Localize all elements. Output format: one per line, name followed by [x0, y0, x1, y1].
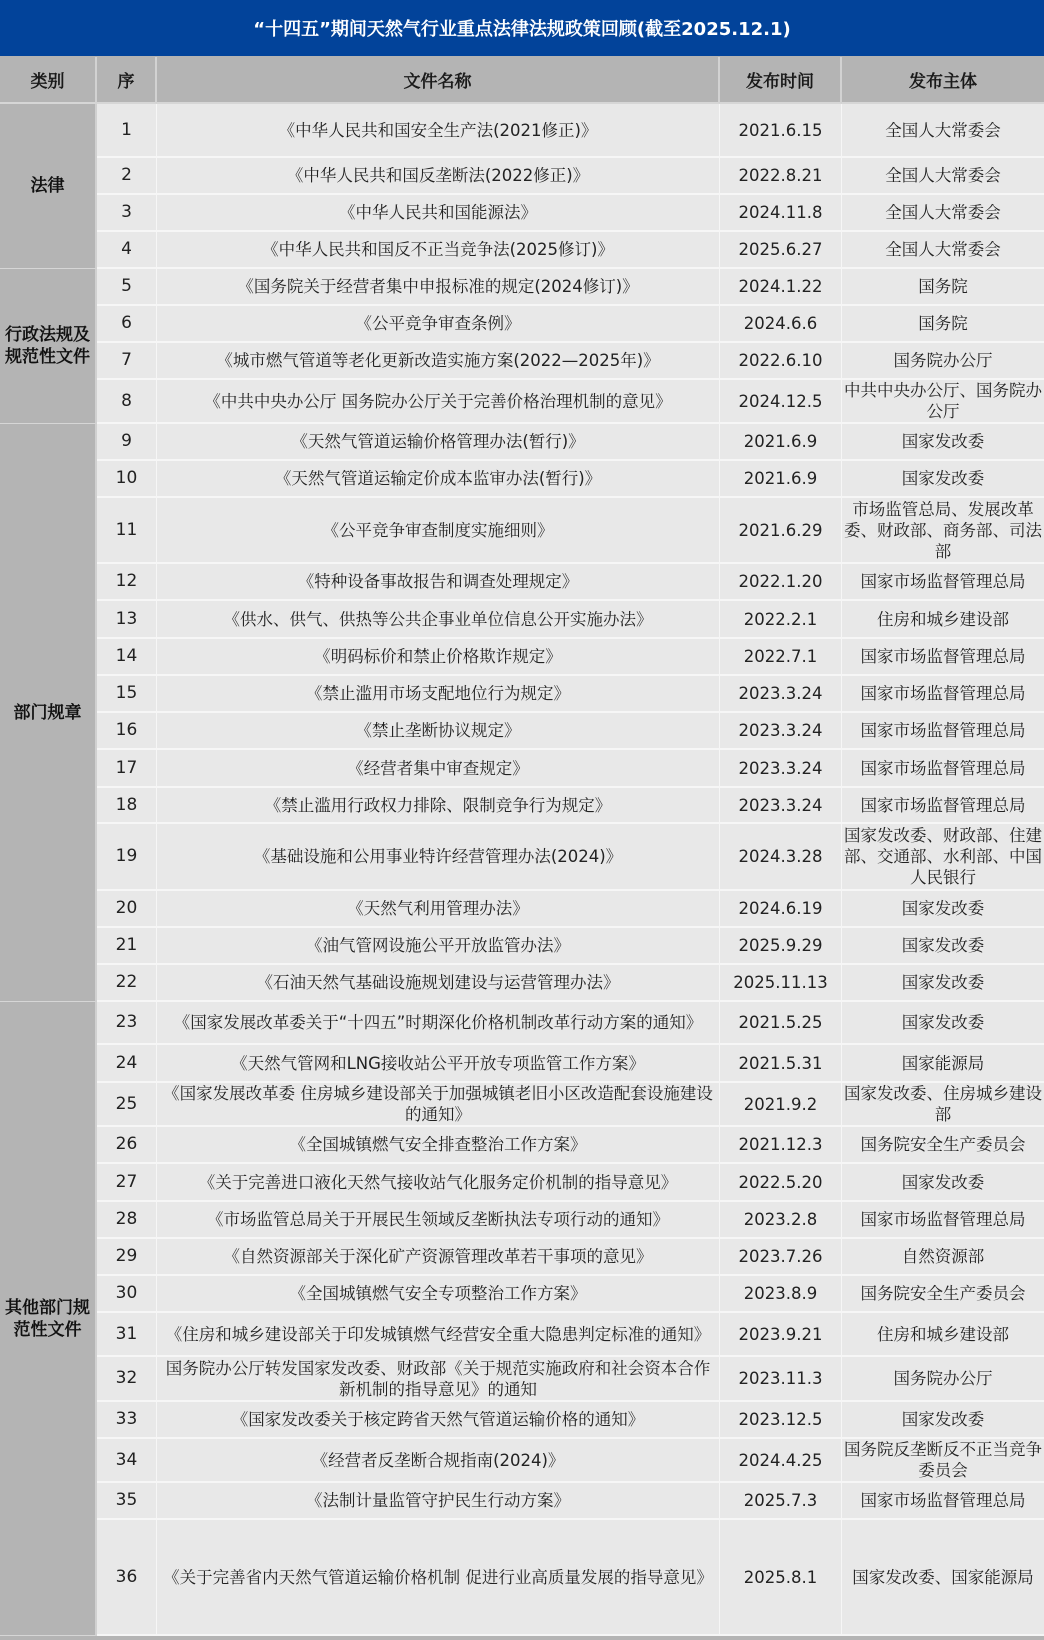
table-row: 18《禁止滥用行政权力排除、限制竞争行为规定》2023.3.24国家市场监督管理…: [0, 788, 1044, 824]
name-cell: 《油气管网设施公平开放监管办法》: [157, 928, 720, 965]
name-cell: 《全国城镇燃气安全排查整治工作方案》: [157, 1127, 720, 1164]
org-cell: 国家市场监督管理总局: [842, 639, 1044, 676]
table-row: 7《城市燃气管道等老化更新改造实施方案(2022—2025年)》2022.6.1…: [0, 343, 1044, 380]
date-cell: 2023.3.24: [720, 676, 842, 713]
table-row: 17《经营者集中审查规定》2023.3.24国家市场监督管理总局: [0, 750, 1044, 788]
table-row: 35《法制计量监管守护民生行动方案》2025.7.3国家市场监督管理总局: [0, 1483, 1044, 1520]
seq-cell: 18: [97, 788, 157, 824]
org-cell: 国务院安全生产委员会: [842, 1276, 1044, 1313]
date-cell: 2023.12.5: [720, 1402, 842, 1439]
date-cell: 2021.6.29: [720, 498, 842, 564]
date-cell: 2021.5.31: [720, 1045, 842, 1083]
seq-cell: 8: [97, 380, 157, 424]
date-cell: 2022.7.1: [720, 639, 842, 676]
table-row: 30《全国城镇燃气安全专项整治工作方案》2023.8.9国务院安全生产委员会: [0, 1276, 1044, 1313]
org-cell: 中共中央办公厅、国务院办公厅: [842, 380, 1044, 424]
date-cell: 2023.3.24: [720, 788, 842, 824]
org-cell: 国家市场监督管理总局: [842, 1483, 1044, 1520]
seq-cell: 25: [97, 1083, 157, 1127]
date-cell: 2022.2.1: [720, 601, 842, 639]
date-cell: 2025.11.13: [720, 965, 842, 1002]
org-cell: 国家市场监督管理总局: [842, 564, 1044, 601]
category-cell: 其他部门规范性文件: [0, 1002, 97, 1636]
name-cell: 《关于完善省内天然气管道运输价格机制 促进行业高质量发展的指导意见》: [157, 1520, 720, 1636]
date-cell: 2023.9.21: [720, 1313, 842, 1357]
table-row: 24《天然气管网和LNG接收站公平开放专项监管工作方案》2021.5.31国家能…: [0, 1045, 1044, 1083]
date-cell: 2021.6.15: [720, 104, 842, 158]
date-cell: 2024.4.25: [720, 1439, 842, 1483]
org-cell: 国家市场监督管理总局: [842, 750, 1044, 788]
table-row: 15《禁止滥用市场支配地位行为规定》2023.3.24国家市场监督管理总局: [0, 676, 1044, 713]
org-cell: 全国人大常委会: [842, 232, 1044, 269]
name-cell: 《天然气利用管理办法》: [157, 891, 720, 928]
date-cell: 2024.12.5: [720, 380, 842, 424]
name-cell: 《城市燃气管道等老化更新改造实施方案(2022—2025年)》: [157, 343, 720, 380]
name-cell: 《中华人民共和国能源法》: [157, 195, 720, 232]
name-cell: 《中华人民共和国反不正当竞争法(2025修订)》: [157, 232, 720, 269]
org-cell: 国务院安全生产委员会: [842, 1127, 1044, 1164]
date-cell: 2024.6.19: [720, 891, 842, 928]
seq-cell: 7: [97, 343, 157, 380]
table-row: 其他部门规范性文件23《国家发展改革委关于“十四五”时期深化价格机制改革行动方案…: [0, 1002, 1044, 1045]
date-cell: 2024.11.8: [720, 195, 842, 232]
table-row: 14《明码标价和禁止价格欺诈规定》2022.7.1国家市场监督管理总局: [0, 639, 1044, 676]
name-cell: 《禁止滥用行政权力排除、限制竞争行为规定》: [157, 788, 720, 824]
policy-table: 类别 序 文件名称 发布时间 发布主体 法律1《中华人民共和国安全生产法(202…: [0, 57, 1044, 1636]
seq-cell: 23: [97, 1002, 157, 1045]
seq-cell: 30: [97, 1276, 157, 1313]
header-category: 类别: [0, 57, 97, 104]
name-cell: 《自然资源部关于深化矿产资源管理改革若干事项的意见》: [157, 1239, 720, 1276]
org-cell: 市场监管总局、发展改革委、财政部、商务部、司法部: [842, 498, 1044, 564]
seq-cell: 15: [97, 676, 157, 713]
table-row: 10《天然气管道运输定价成本监审办法(暂行)》2021.6.9国家发改委: [0, 461, 1044, 498]
table-row: 25《国家发展改革委 住房城乡建设部关于加强城镇老旧小区改造配套设施建设的通知》…: [0, 1083, 1044, 1127]
name-cell: 《市场监管总局关于开展民生领域反垄断执法专项行动的通知》: [157, 1202, 720, 1239]
date-cell: 2021.5.25: [720, 1002, 842, 1045]
table-row: 22《石油天然气基础设施规划建设与运营管理办法》2025.11.13国家发改委: [0, 965, 1044, 1002]
date-cell: 2024.6.6: [720, 306, 842, 343]
org-cell: 国家发改委、住房城乡建设部: [842, 1083, 1044, 1127]
name-cell: 《国家发展改革委关于“十四五”时期深化价格机制改革行动方案的通知》: [157, 1002, 720, 1045]
org-cell: 全国人大常委会: [842, 104, 1044, 158]
date-cell: 2023.3.24: [720, 713, 842, 750]
org-cell: 国务院反垄断反不正当竞争委员会: [842, 1439, 1044, 1483]
table-row: 4《中华人民共和国反不正当竞争法(2025修订)》2025.6.27全国人大常委…: [0, 232, 1044, 269]
seq-cell: 34: [97, 1439, 157, 1483]
category-cell: 行政法规及规范性文件: [0, 269, 97, 424]
table-row: 32国务院办公厅转发国家发改委、财政部《关于规范实施政府和社会资本合作新机制的指…: [0, 1357, 1044, 1402]
name-cell: 《中华人民共和国反垄断法(2022修正)》: [157, 158, 720, 195]
seq-cell: 32: [97, 1357, 157, 1402]
seq-cell: 29: [97, 1239, 157, 1276]
org-cell: 国家发改委: [842, 461, 1044, 498]
org-cell: 住房和城乡建设部: [842, 1313, 1044, 1357]
org-cell: 国家发改委: [842, 424, 1044, 461]
seq-cell: 27: [97, 1164, 157, 1202]
seq-cell: 31: [97, 1313, 157, 1357]
table-row: 33《国家发改委关于核定跨省天然气管道运输价格的通知》2023.12.5国家发改…: [0, 1402, 1044, 1439]
table-row: 28《市场监管总局关于开展民生领域反垄断执法专项行动的通知》2023.2.8国家…: [0, 1202, 1044, 1239]
date-cell: 2022.6.10: [720, 343, 842, 380]
date-cell: 2022.5.20: [720, 1164, 842, 1202]
table-row: 29《自然资源部关于深化矿产资源管理改革若干事项的意见》2023.7.26自然资…: [0, 1239, 1044, 1276]
name-cell: 《天然气管道运输价格管理办法(暂行)》: [157, 424, 720, 461]
table-row: 6《公平竞争审查条例》2024.6.6国务院: [0, 306, 1044, 343]
seq-cell: 28: [97, 1202, 157, 1239]
table-row: 21《油气管网设施公平开放监管办法》2025.9.29国家发改委: [0, 928, 1044, 965]
name-cell: 《禁止滥用市场支配地位行为规定》: [157, 676, 720, 713]
name-cell: 《基础设施和公用事业特许经营管理办法(2024)》: [157, 824, 720, 891]
org-cell: 国家市场监督管理总局: [842, 1202, 1044, 1239]
name-cell: 《法制计量监管守护民生行动方案》: [157, 1483, 720, 1520]
org-cell: 自然资源部: [842, 1239, 1044, 1276]
header-name: 文件名称: [157, 57, 720, 104]
header-date: 发布时间: [720, 57, 842, 104]
name-cell: 《关于完善进口液化天然气接收站气化服务定价机制的指导意见》: [157, 1164, 720, 1202]
org-cell: 国务院: [842, 306, 1044, 343]
seq-cell: 2: [97, 158, 157, 195]
date-cell: 2024.3.28: [720, 824, 842, 891]
name-cell: 《国家发改委关于核定跨省天然气管道运输价格的通知》: [157, 1402, 720, 1439]
name-cell: 《公平竞争审查制度实施细则》: [157, 498, 720, 564]
header-seq: 序: [97, 57, 157, 104]
org-cell: 国家发改委: [842, 1164, 1044, 1202]
org-cell: 国务院办公厅: [842, 343, 1044, 380]
name-cell: 《天然气管道运输定价成本监审办法(暂行)》: [157, 461, 720, 498]
name-cell: 《全国城镇燃气安全专项整治工作方案》: [157, 1276, 720, 1313]
table-row: 13《供水、供气、供热等公共企事业单位信息公开实施办法》2022.2.1住房和城…: [0, 601, 1044, 639]
org-cell: 住房和城乡建设部: [842, 601, 1044, 639]
table-row: 27《关于完善进口液化天然气接收站气化服务定价机制的指导意见》2022.5.20…: [0, 1164, 1044, 1202]
seq-cell: 20: [97, 891, 157, 928]
table-row: 3《中华人民共和国能源法》2024.11.8全国人大常委会: [0, 195, 1044, 232]
date-cell: 2023.2.8: [720, 1202, 842, 1239]
table-row: 8《中共中央办公厅 国务院办公厅关于完善价格治理机制的意见》2024.12.5中…: [0, 380, 1044, 424]
seq-cell: 19: [97, 824, 157, 891]
org-cell: 国家市场监督管理总局: [842, 676, 1044, 713]
name-cell: 《石油天然气基础设施规划建设与运营管理办法》: [157, 965, 720, 1002]
date-cell: 2021.6.9: [720, 424, 842, 461]
seq-cell: 6: [97, 306, 157, 343]
date-cell: 2021.12.3: [720, 1127, 842, 1164]
org-cell: 国务院: [842, 269, 1044, 306]
name-cell: 《经营者集中审查规定》: [157, 750, 720, 788]
seq-cell: 3: [97, 195, 157, 232]
name-cell: 《公平竞争审查条例》: [157, 306, 720, 343]
name-cell: 《国家发展改革委 住房城乡建设部关于加强城镇老旧小区改造配套设施建设的通知》: [157, 1083, 720, 1127]
org-cell: 国家发改委: [842, 928, 1044, 965]
seq-cell: 22: [97, 965, 157, 1002]
date-cell: 2023.11.3: [720, 1357, 842, 1402]
org-cell: 国家能源局: [842, 1045, 1044, 1083]
table-row: 11《公平竞争审查制度实施细则》2021.6.29市场监管总局、发展改革委、财政…: [0, 498, 1044, 564]
org-cell: 全国人大常委会: [842, 195, 1044, 232]
date-cell: 2021.6.9: [720, 461, 842, 498]
name-cell: 《禁止垄断协议规定》: [157, 713, 720, 750]
date-cell: 2025.8.1: [720, 1520, 842, 1636]
date-cell: 2022.8.21: [720, 158, 842, 195]
seq-cell: 26: [97, 1127, 157, 1164]
table-row: 19《基础设施和公用事业特许经营管理办法(2024)》2024.3.28国家发改…: [0, 824, 1044, 891]
org-cell: 国务院办公厅: [842, 1357, 1044, 1402]
seq-cell: 5: [97, 269, 157, 306]
date-cell: 2022.1.20: [720, 564, 842, 601]
seq-cell: 4: [97, 232, 157, 269]
table-row: 26《全国城镇燃气安全排查整治工作方案》2021.12.3国务院安全生产委员会: [0, 1127, 1044, 1164]
table-row: 12《特种设备事故报告和调查处理规定》2022.1.20国家市场监督管理总局: [0, 564, 1044, 601]
name-cell: 《中华人民共和国安全生产法(2021修正)》: [157, 104, 720, 158]
name-cell: 《住房和城乡建设部关于印发城镇燃气经营安全重大隐患判定标准的通知》: [157, 1313, 720, 1357]
header-row: 类别 序 文件名称 发布时间 发布主体: [0, 57, 1044, 104]
seq-cell: 9: [97, 424, 157, 461]
table-row: 34《经营者反垄断合规指南(2024)》2024.4.25国务院反垄断反不正当竞…: [0, 1439, 1044, 1483]
org-cell: 国家发改委: [842, 965, 1044, 1002]
seq-cell: 11: [97, 498, 157, 564]
name-cell: 《天然气管网和LNG接收站公平开放专项监管工作方案》: [157, 1045, 720, 1083]
org-cell: 国家发改委、国家能源局: [842, 1520, 1044, 1636]
seq-cell: 12: [97, 564, 157, 601]
table-title: “十四五”期间天然气行业重点法律法规政策回顾(截至2025.12.1): [0, 0, 1044, 56]
name-cell: 《中共中央办公厅 国务院办公厅关于完善价格治理机制的意见》: [157, 380, 720, 424]
seq-cell: 17: [97, 750, 157, 788]
table-row: 36《关于完善省内天然气管道运输价格机制 促进行业高质量发展的指导意见》2025…: [0, 1520, 1044, 1636]
seq-cell: 10: [97, 461, 157, 498]
date-cell: 2025.7.3: [720, 1483, 842, 1520]
date-cell: 2025.9.29: [720, 928, 842, 965]
table-row: 20《天然气利用管理办法》2024.6.19国家发改委: [0, 891, 1044, 928]
org-cell: 国家发改委: [842, 1002, 1044, 1045]
date-cell: 2023.7.26: [720, 1239, 842, 1276]
org-cell: 国家市场监督管理总局: [842, 788, 1044, 824]
seq-cell: 21: [97, 928, 157, 965]
date-cell: 2021.9.2: [720, 1083, 842, 1127]
org-cell: 国家发改委: [842, 891, 1044, 928]
date-cell: 2024.1.22: [720, 269, 842, 306]
name-cell: 《供水、供气、供热等公共企事业单位信息公开实施办法》: [157, 601, 720, 639]
org-cell: 国家发改委: [842, 1402, 1044, 1439]
seq-cell: 1: [97, 104, 157, 158]
name-cell: 《经营者反垄断合规指南(2024)》: [157, 1439, 720, 1483]
category-cell: 部门规章: [0, 424, 97, 1002]
seq-cell: 14: [97, 639, 157, 676]
category-cell: 法律: [0, 104, 97, 269]
org-cell: 全国人大常委会: [842, 158, 1044, 195]
table-row: 行政法规及规范性文件5《国务院关于经营者集中申报标准的规定(2024修订)》20…: [0, 269, 1044, 306]
table-row: 法律1《中华人民共和国安全生产法(2021修正)》2021.6.15全国人大常委…: [0, 104, 1044, 158]
table-row: 部门规章9《天然气管道运输价格管理办法(暂行)》2021.6.9国家发改委: [0, 424, 1044, 461]
table-body: 法律1《中华人民共和国安全生产法(2021修正)》2021.6.15全国人大常委…: [0, 104, 1044, 1636]
seq-cell: 13: [97, 601, 157, 639]
table-row: 2《中华人民共和国反垄断法(2022修正)》2022.8.21全国人大常委会: [0, 158, 1044, 195]
date-cell: 2025.6.27: [720, 232, 842, 269]
org-cell: 国家发改委、财政部、住建部、交通部、水利部、中国人民银行: [842, 824, 1044, 891]
seq-cell: 24: [97, 1045, 157, 1083]
name-cell: 国务院办公厅转发国家发改委、财政部《关于规范实施政府和社会资本合作新机制的指导意…: [157, 1357, 720, 1402]
name-cell: 《明码标价和禁止价格欺诈规定》: [157, 639, 720, 676]
table-row: 31《住房和城乡建设部关于印发城镇燃气经营安全重大隐患判定标准的通知》2023.…: [0, 1313, 1044, 1357]
seq-cell: 16: [97, 713, 157, 750]
org-cell: 国家市场监督管理总局: [842, 713, 1044, 750]
seq-cell: 35: [97, 1483, 157, 1520]
seq-cell: 36: [97, 1520, 157, 1636]
date-cell: 2023.3.24: [720, 750, 842, 788]
seq-cell: 33: [97, 1402, 157, 1439]
header-org: 发布主体: [842, 57, 1044, 104]
table-row: 16《禁止垄断协议规定》2023.3.24国家市场监督管理总局: [0, 713, 1044, 750]
name-cell: 《国务院关于经营者集中申报标准的规定(2024修订)》: [157, 269, 720, 306]
date-cell: 2023.8.9: [720, 1276, 842, 1313]
name-cell: 《特种设备事故报告和调查处理规定》: [157, 564, 720, 601]
